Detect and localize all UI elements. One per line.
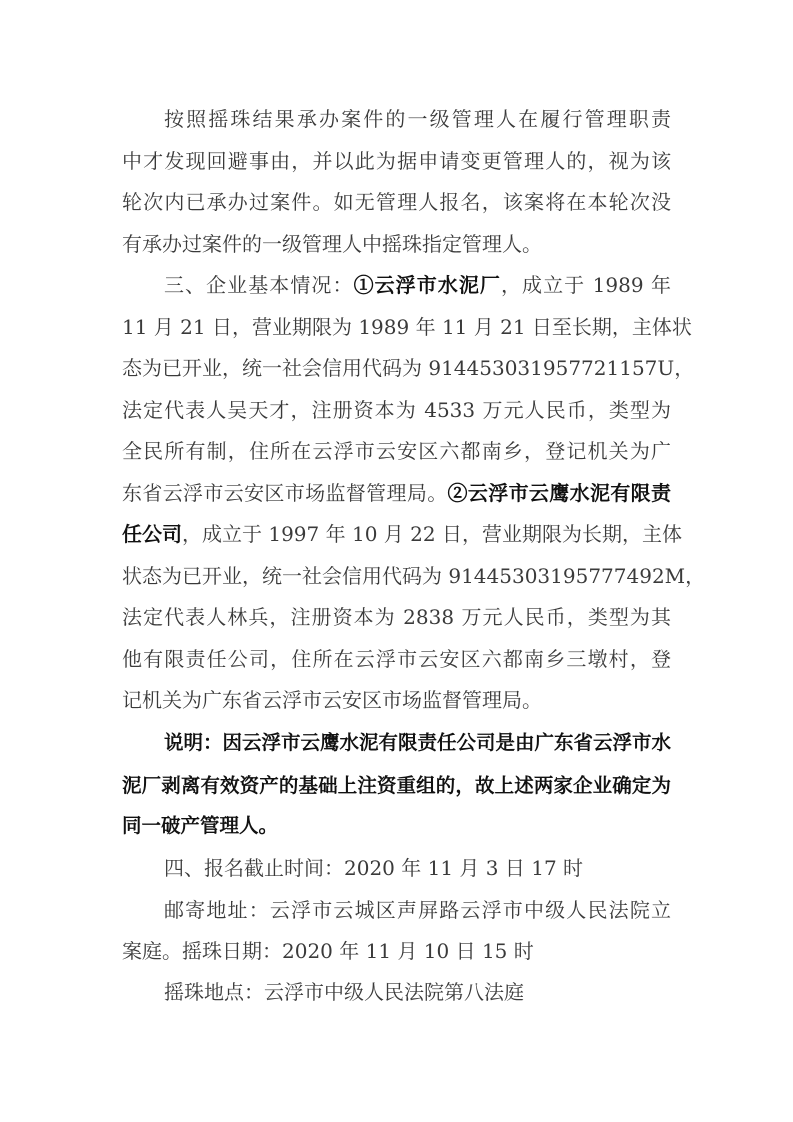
section-3-label: 三、企业基本情况： — [164, 273, 354, 297]
paragraph-2-line-9: 法定代表人林兵，注册资本为 2838 万元人民币，类型为其 — [122, 602, 671, 632]
mailing-address-line-1: 邮寄地址：云浮市云城区声屏路云浮市中级人民法院立 — [164, 895, 671, 925]
note-line-1: 说明：因云浮市云鹰水泥有限责任公司是由广东省云浮市水 — [164, 728, 671, 758]
company-2-founded: ，成立于 1997 年 10 月 22 日，营业期限为长期，主体 — [182, 522, 682, 546]
draw-location: 摇珠地点：云浮市中级人民法院第八法庭 — [164, 977, 671, 1007]
paragraph-2-line-2: 11 月 21 日，营业期限为 1989 年 11 月 21 日至长期，主体状 — [122, 312, 671, 342]
company-2-name-part-1: ②云浮市云鹰水泥有限责 — [448, 481, 671, 505]
paragraph-2-line-8: 状态为已开业，统一社会信用代码为 91445303195777492M， — [122, 561, 671, 591]
section-3-heading-line: 三、企业基本情况：①云浮市水泥厂，成立于 1989 年 — [164, 270, 671, 300]
paragraph-2-line-6: 东省云浮市云安区市场监督管理局。②云浮市云鹰水泥有限责 — [122, 478, 671, 508]
note-line-3: 同一破产管理人。 — [122, 811, 671, 841]
paragraph-2-line-5: 全民所有制，住所在云浮市云安区六都南乡，登记机关为广 — [122, 436, 671, 466]
paragraph-2-line-7: 任公司，成立于 1997 年 10 月 22 日，营业期限为长期，主体 — [122, 519, 671, 549]
paragraph-2-line-10: 他有限责任公司，住所在云浮市云安区六都南乡三墩村，登 — [122, 644, 671, 674]
registration-deadline: 四、报名截止时间：2020 年 11 月 3 日 17 时 — [164, 853, 671, 883]
paragraph-1-line-2: 中才发现回避事由，并以此为据申请变更管理人的，视为该 — [122, 146, 671, 176]
paragraph-2-line-3: 态为已开业，统一社会信用代码为 914453031957721157U， — [122, 353, 671, 383]
paragraph-1-line-1: 按照摇珠结果承办案件的一级管理人在履行管理职责 — [164, 104, 671, 134]
registration-authority-1: 东省云浮市云安区市场监督管理局。 — [122, 481, 448, 505]
company-1-founded: ，成立于 1989 年 — [501, 273, 671, 297]
paragraph-1-line-4: 有承办过案件的一级管理人中摇珠指定管理人。 — [122, 229, 671, 259]
paragraph-1-line-3: 轮次内已承办过案件。如无管理人报名，该案将在本轮次没 — [122, 187, 671, 217]
company-2-name-part-2: 任公司 — [122, 522, 182, 546]
document-page: 按照摇珠结果承办案件的一级管理人在履行管理职责 中才发现回避事由，并以此为据申请… — [0, 0, 793, 1122]
mailing-address-line-2: 案庭。摇珠日期：2020 年 11 月 10 日 15 时 — [122, 936, 671, 966]
paragraph-2-line-4: 法定代表人吴天才，注册资本为 4533 万元人民币，类型为 — [122, 395, 671, 425]
company-1-name: ①云浮市水泥厂 — [354, 273, 501, 297]
paragraph-2-line-11: 记机关为广东省云浮市云安区市场监督管理局。 — [122, 685, 671, 715]
note-line-2: 泥厂剥离有效资产的基础上注资重组的，故上述两家企业确定为 — [122, 771, 671, 801]
